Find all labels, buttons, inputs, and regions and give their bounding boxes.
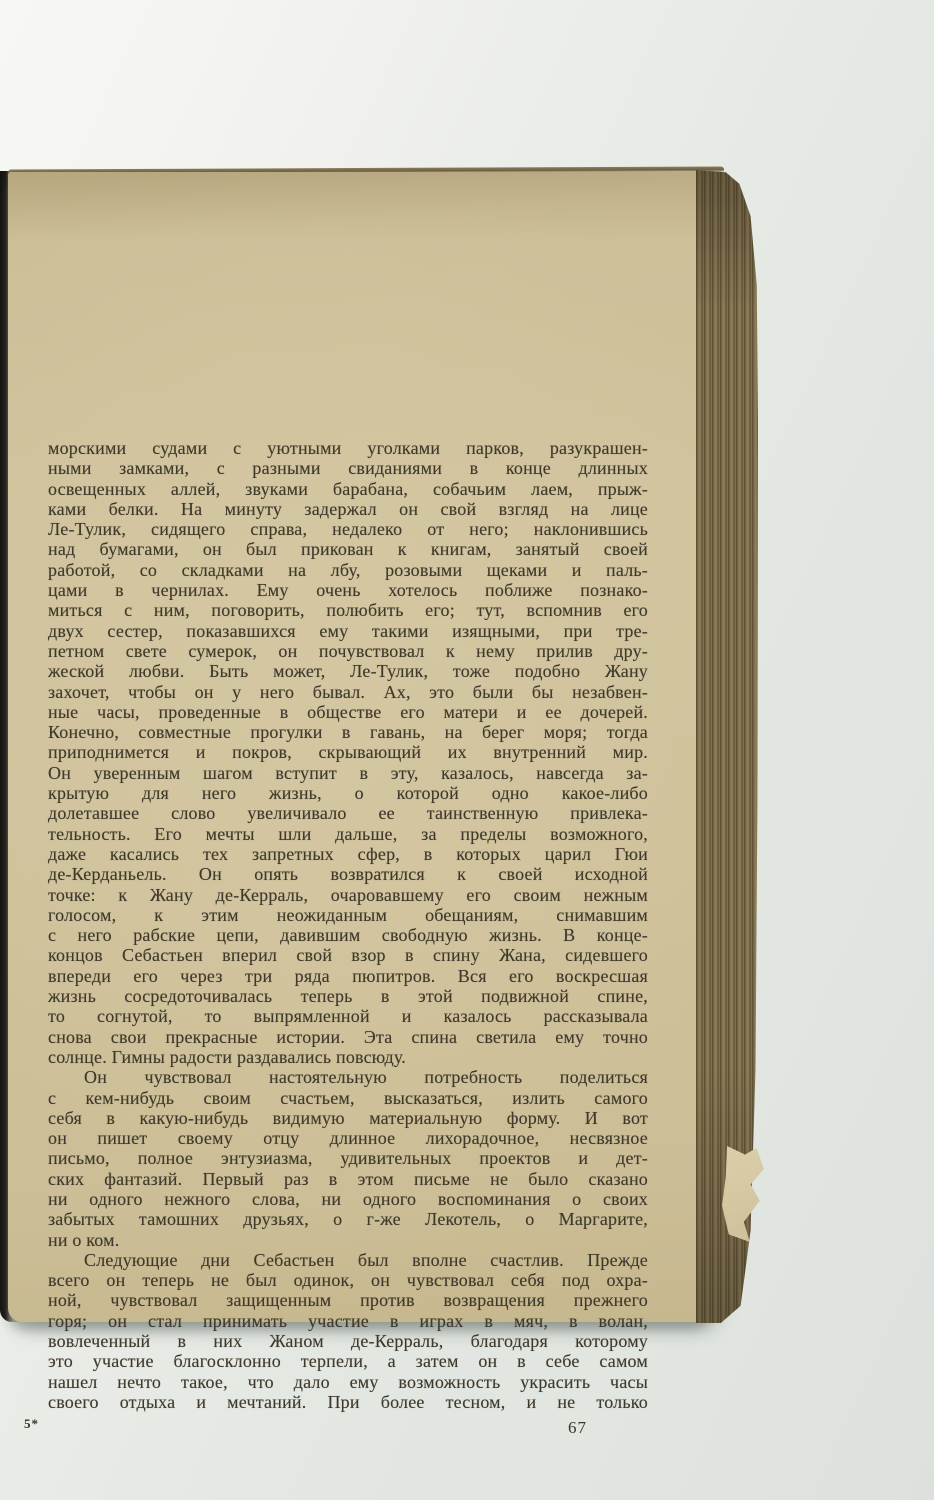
text-line: ными замками, с разными свиданиями в кон… <box>48 458 648 478</box>
text-line: Ле-Тулик, сидящего справа, недалеко от н… <box>48 519 648 539</box>
signature-mark: 5* <box>24 1416 39 1432</box>
text-line: Он уверенным шагом вступит в эту, казало… <box>48 763 648 783</box>
text-line: морскими судами с уютными уголками парко… <box>48 438 648 458</box>
text-line: Конечно, совместные прогулки в гавань, н… <box>48 722 648 742</box>
text-line: точке: к Жану де-Керраль, очаровавшему е… <box>48 885 648 905</box>
text-line: освещенных аллей, звуками барабана, соба… <box>48 479 648 499</box>
text-line: голосом, к этим неожиданным обещаниям, с… <box>48 905 648 925</box>
text-line: Следующие дни Себастьен был вполне счаст… <box>48 1250 648 1270</box>
text-line: он пишет своему отцу длинное лихорадочно… <box>48 1128 648 1148</box>
text-line: работой, со складками на лбу, розовыми щ… <box>48 560 648 580</box>
page-number: 67 <box>568 1418 587 1438</box>
page-text-block: морскими судами с уютными уголками парко… <box>48 438 648 1412</box>
text-line: это участие благосклонно терпели, а зате… <box>48 1351 648 1371</box>
text-line: себя в какую-нибудь видимую материальную… <box>48 1108 648 1128</box>
text-line: горя; он стал принимать участие в играх … <box>48 1311 648 1331</box>
text-line: забытых тамошних друзьях, о г-же Лекотел… <box>48 1209 648 1229</box>
text-line: вовлеченный в них Жаном де-Керраль, благ… <box>48 1331 648 1351</box>
text-line: де-Керданьель. Он опять возвратился к св… <box>48 864 648 884</box>
text-line: миться с ним, поговорить, полюбить его; … <box>48 600 648 620</box>
book-page: морскими судами с уютными уголками парко… <box>8 172 714 1322</box>
text-line: даже касались тех запретных сфер, в кото… <box>48 844 648 864</box>
text-line: двух сестер, показавшихся ему такими изя… <box>48 621 648 641</box>
text-line: цами в чернилах. Ему очень хотелось побл… <box>48 580 648 600</box>
text-line: Он чувствовал настоятельную потребность … <box>48 1067 648 1087</box>
text-line: своего отдыха и мечтаний. При более тесн… <box>48 1392 648 1412</box>
text-line: солнце. Гимны радости раздавались повсюд… <box>48 1047 648 1067</box>
text-line: петном свете сумерок, он почувствовал к … <box>48 641 648 661</box>
text-line: ни о ком. <box>48 1230 648 1250</box>
text-line: концов Себастьен вперил свой взор в спин… <box>48 945 648 965</box>
book-scan-photo: морскими судами с уютными уголками парко… <box>0 0 934 1500</box>
text-line: письмо, полное энтузиазма, удивительных … <box>48 1148 648 1168</box>
text-line: крытую для него жизнь, о которой одно ка… <box>48 783 648 803</box>
text-line: то согнутой, то выпрямленной и казалось … <box>48 1006 648 1026</box>
text-line: долетавшее слово увеличивало ее таинстве… <box>48 803 648 823</box>
text-line: ной, чувствовал защищенным против возвра… <box>48 1290 648 1310</box>
page-top-shading <box>8 172 714 242</box>
text-line: захочет, чтобы он у него бывал. Ах, это … <box>48 682 648 702</box>
text-line: жеской любви. Быть может, Ле-Тулик, тоже… <box>48 661 648 681</box>
text-line: с кем-нибудь своим счастьем, высказаться… <box>48 1088 648 1108</box>
text-line: приподнимется и покров, скрывающий их вн… <box>48 742 648 762</box>
text-line: снова свои прекрасные истории. Эта спина… <box>48 1027 648 1047</box>
text-line: ные часы, проведенные в обществе его мат… <box>48 702 648 722</box>
text-line: тельность. Его мечты шли дальше, за пред… <box>48 824 648 844</box>
text-line: впереди его через три ряда пюпитров. Вся… <box>48 966 648 986</box>
text-line: ни одного нежного слова, ни одного воспо… <box>48 1189 648 1209</box>
text-line: ских фантазий. Первый раз в этом письме … <box>48 1169 648 1189</box>
text-line: ками белки. На минуту задержал он свой в… <box>48 499 648 519</box>
text-line: над бумагами, он был прикован к книгам, … <box>48 539 648 559</box>
text-line: с него рабские цепи, давившим свободную … <box>48 925 648 945</box>
text-line: нашел нечто такое, что дало ему возможно… <box>48 1372 648 1392</box>
torn-page-corner <box>722 1146 764 1242</box>
text-line: жизнь сосредоточивалась теперь в этой по… <box>48 986 648 1006</box>
text-line: всего он теперь не был одинок, он чувств… <box>48 1270 648 1290</box>
